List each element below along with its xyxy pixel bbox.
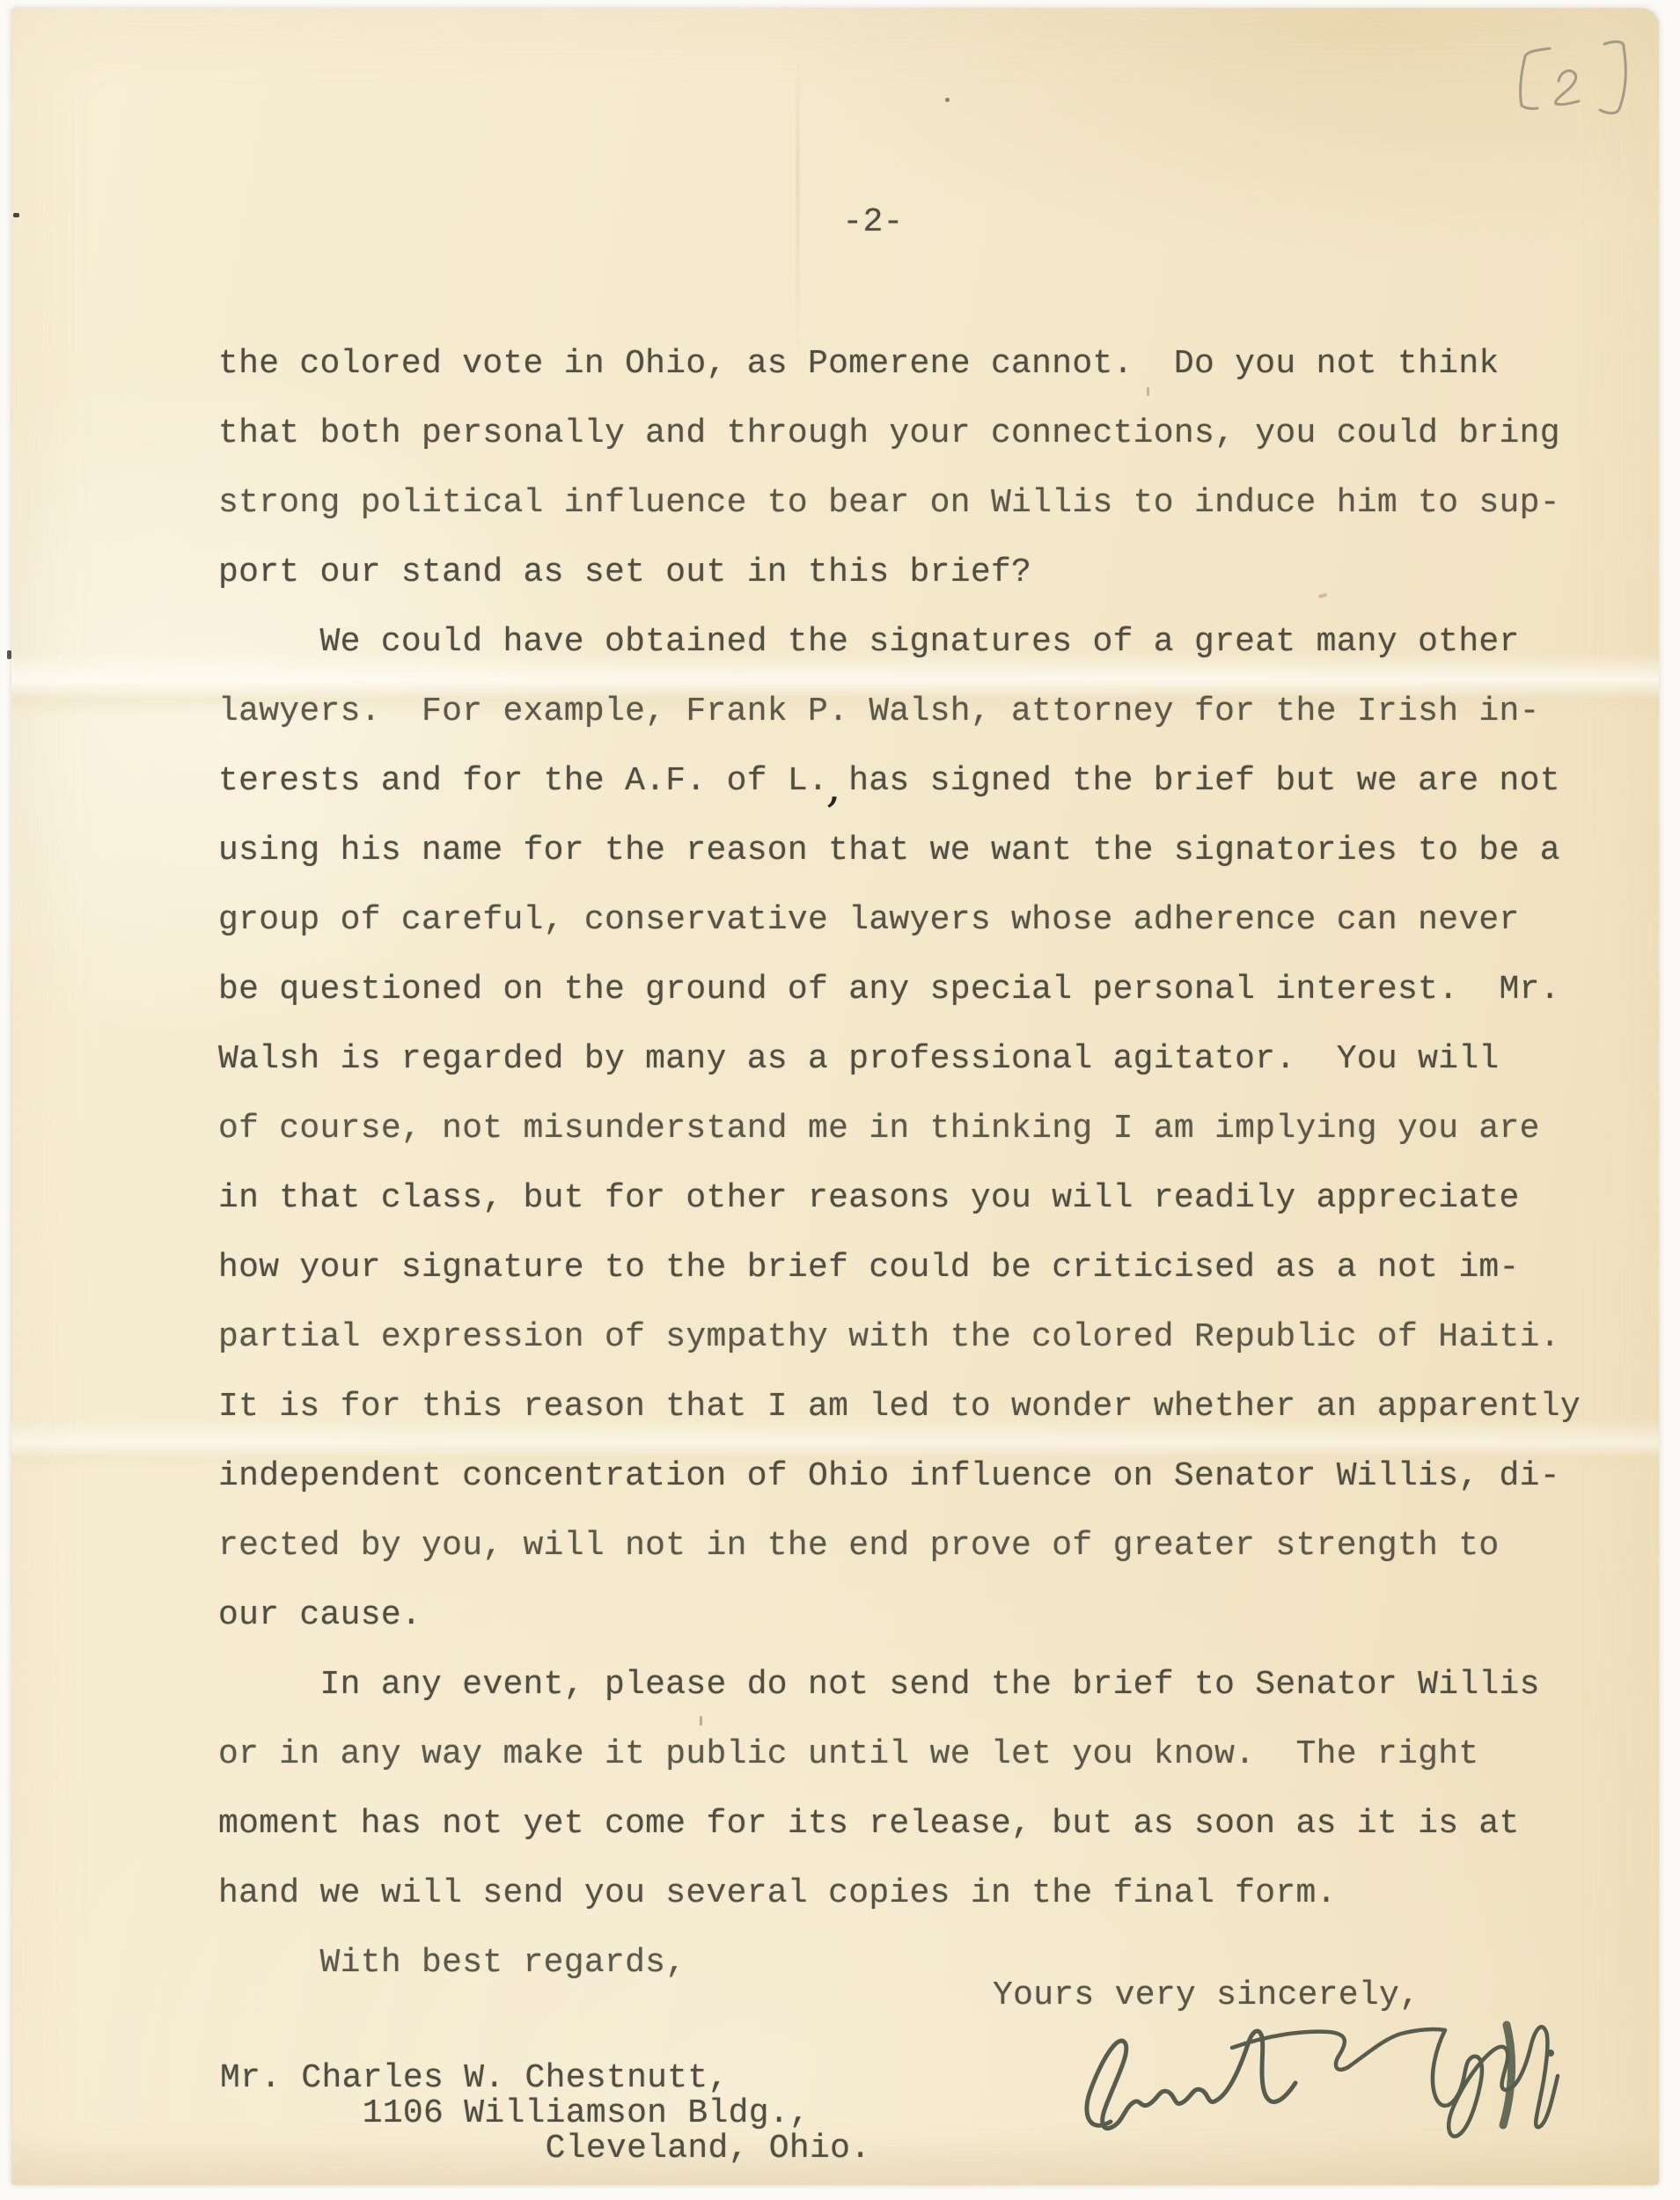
address-line: Cleveland, Ohio. — [220, 2131, 870, 2167]
page-number: -2- — [818, 200, 928, 246]
typed-line: or in any way make it public until we le… — [218, 1720, 1626, 1789]
typed-line: terests and for the A.F. of L. has signe… — [218, 746, 1626, 816]
typed-line: be questioned on the ground of any speci… — [218, 955, 1626, 1024]
typed-line: of course, not misunderstand me in think… — [218, 1094, 1626, 1163]
recipient-address-block: Mr. Charles W. Chestnutt, 1106 Williamso… — [220, 2061, 870, 2167]
typed-line: our cause. — [218, 1580, 1626, 1650]
handwritten-comma: , — [825, 763, 843, 810]
typed-line: that both personally and through your co… — [218, 399, 1626, 468]
typed-line: It is for this reason that I am led to w… — [218, 1372, 1626, 1441]
typed-line: port our stand as set out in this brief? — [218, 538, 1626, 607]
address-line: Mr. Charles W. Chestnutt, — [220, 2061, 870, 2096]
typed-line: lawyers. For example, Frank P. Walsh, at… — [218, 677, 1626, 746]
typed-line: partial expression of sympathy with the … — [218, 1302, 1626, 1372]
typed-line: the colored vote in Ohio, as Pomerene ca… — [218, 329, 1626, 399]
letter-body: the colored vote in Ohio, as Pomerene ca… — [218, 329, 1626, 1998]
typed-line: Walsh is regarded by many as a professio… — [218, 1024, 1626, 1094]
typed-line: In any event, please do not send the bri… — [218, 1650, 1626, 1720]
address-line: 1106 Williamson Bldg., — [220, 2096, 870, 2131]
signature-ernest-angell — [1056, 1991, 1584, 2150]
typed-line: group of careful, conservative lawyers w… — [218, 885, 1626, 955]
typed-line: how your signature to the brief could be… — [218, 1233, 1626, 1302]
typed-line: strong political influence to bear on Wi… — [218, 468, 1626, 538]
typed-line: hand we will send you several copies in … — [218, 1859, 1626, 1928]
typed-line: using his name for the reason that we wa… — [218, 816, 1626, 885]
typed-line: rected by you, will not in the end prove… — [218, 1511, 1626, 1580]
typed-line: in that class, but for other reasons you… — [218, 1163, 1626, 1233]
typed-line: independent concentration of Ohio influe… — [218, 1441, 1626, 1511]
vertical-crease — [796, 51, 799, 359]
typed-line: moment has not yet come for its release,… — [218, 1789, 1626, 1859]
typed-line: We could have obtained the signatures of… — [218, 607, 1626, 677]
handwritten-page-label-pencil — [1508, 35, 1652, 130]
